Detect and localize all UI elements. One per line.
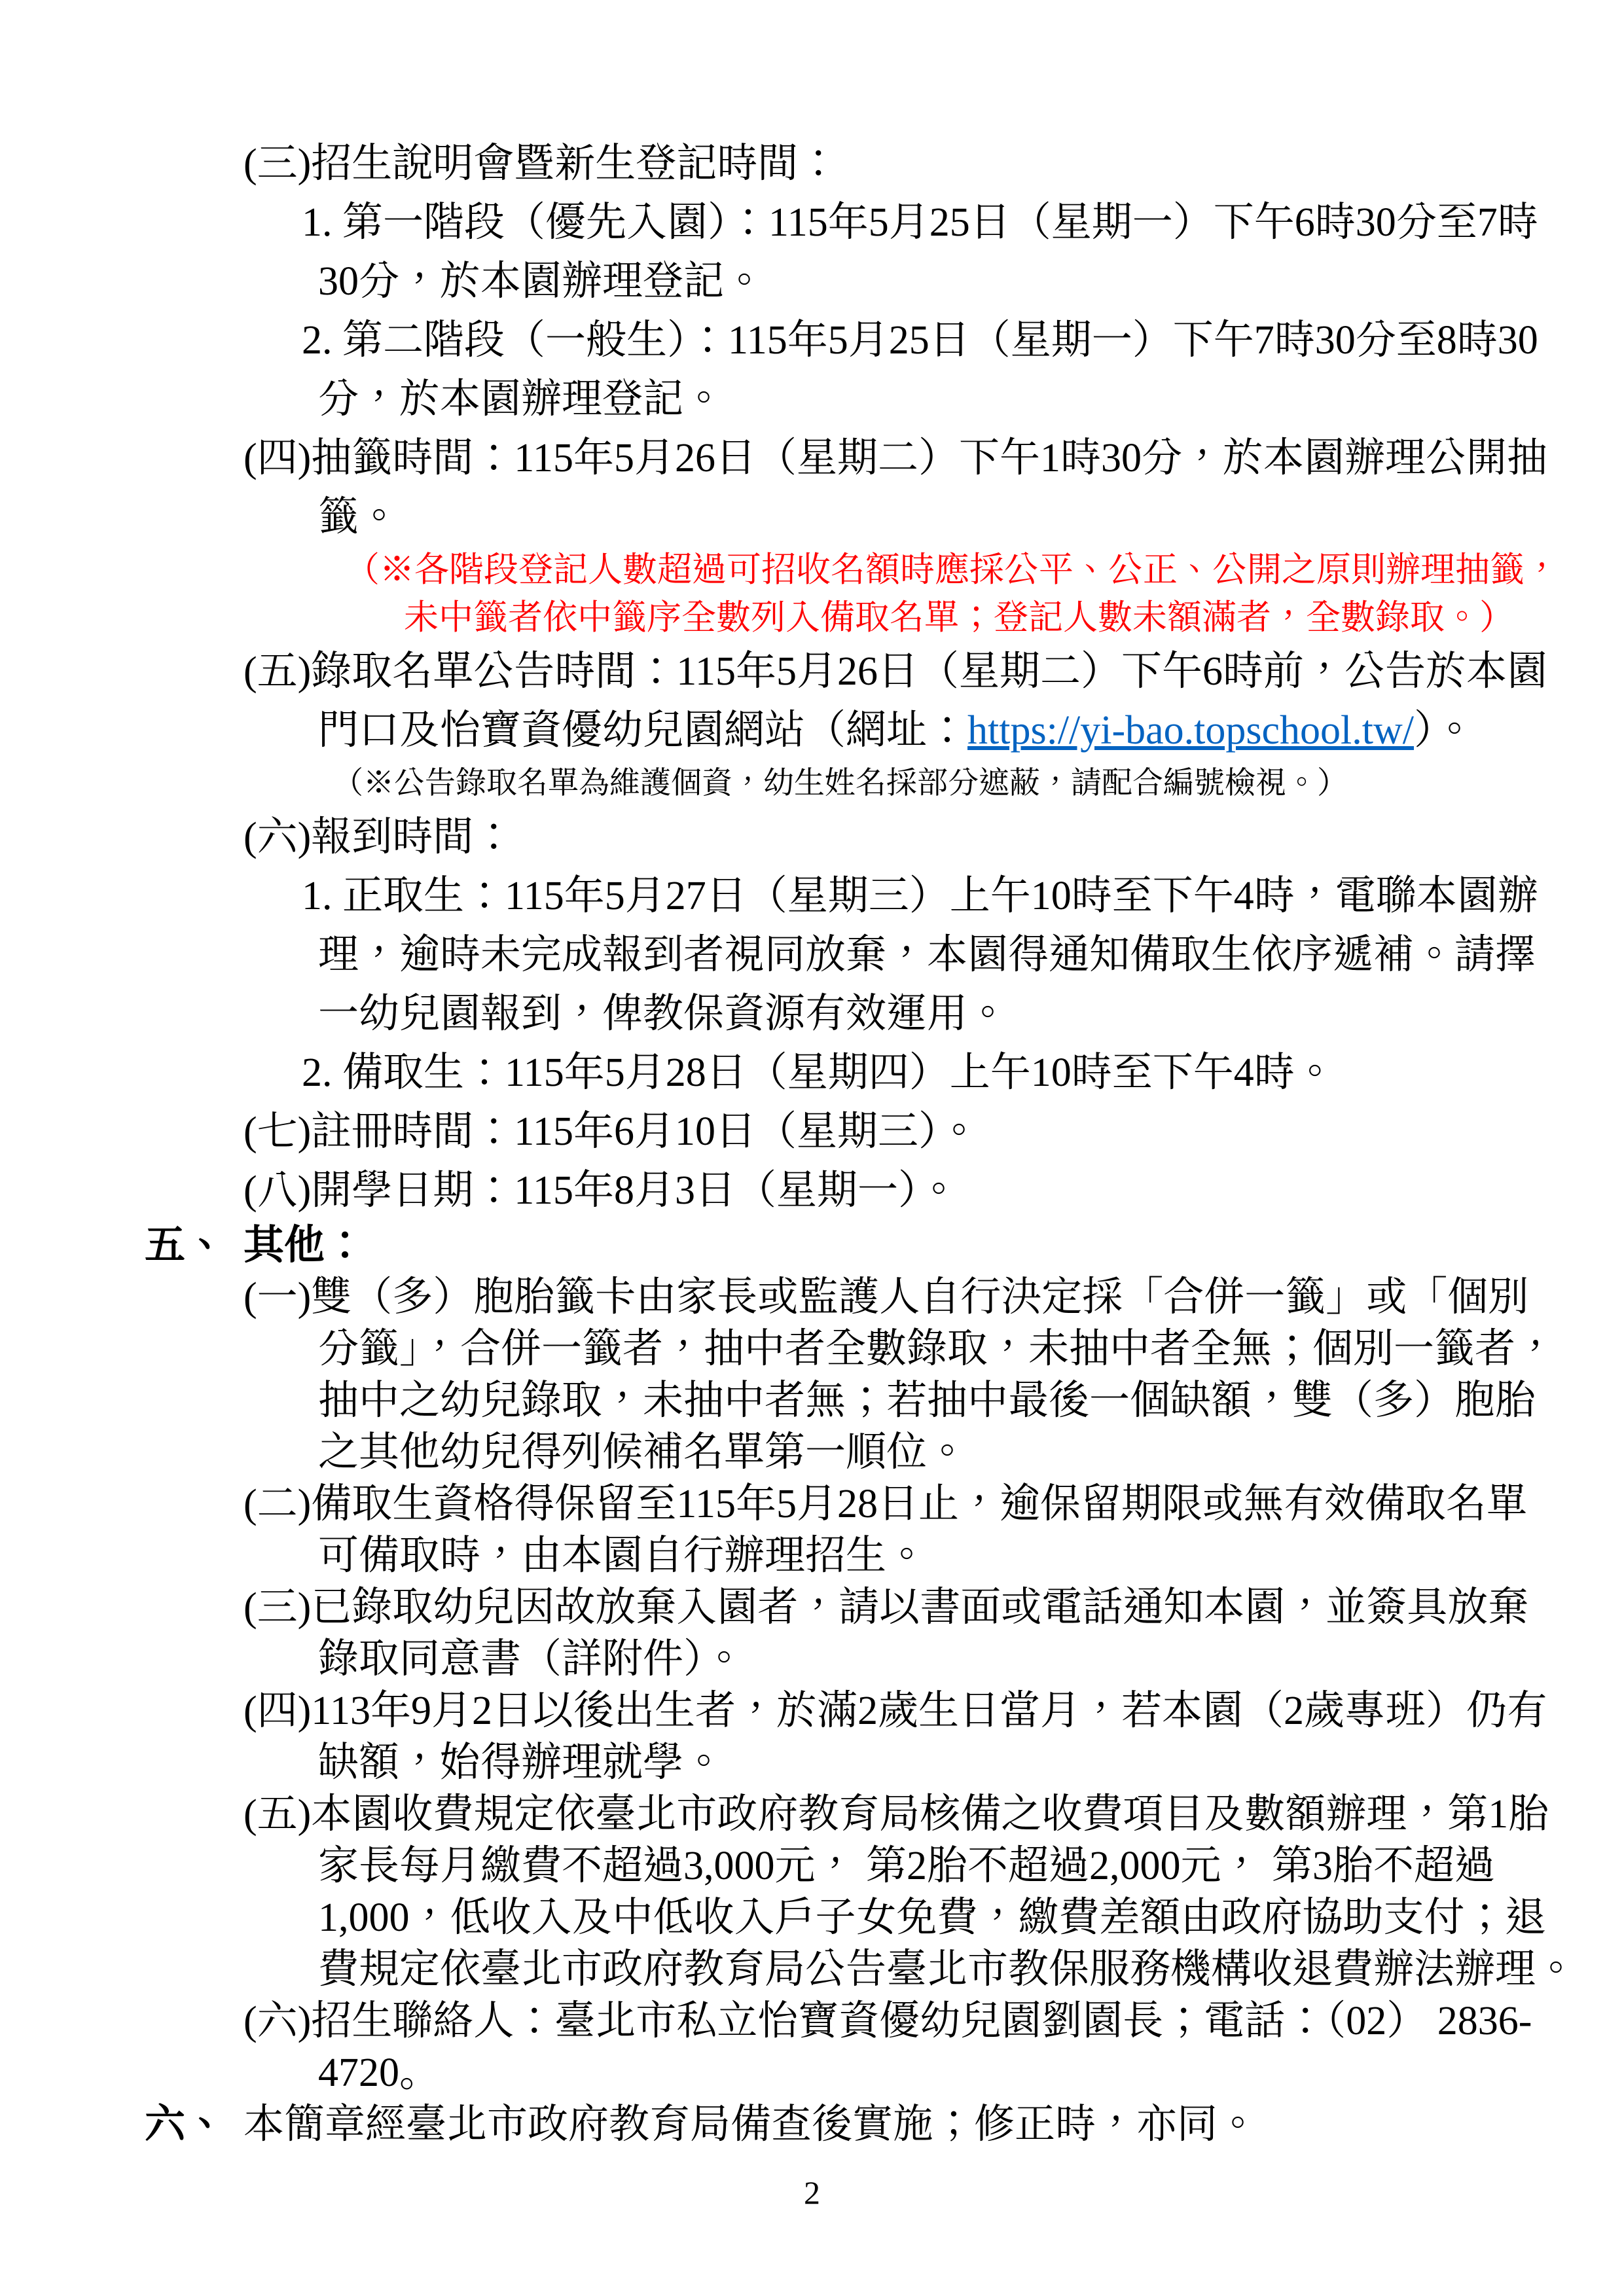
item-4-lottery-time: (四)抽籤時間：115年5月26日（星期二）下午1時30分，於本園辦理公開抽	[0, 429, 1624, 488]
text-run: 2. 第二階段（一般生）：115年5月25日（星期一）下午7時30分至8時30	[302, 318, 1538, 363]
text-run: 可備取時，由本園自行辦理招生。	[318, 1534, 927, 1578]
document-page: (三)招生說明會暨新生登記時間：1. 第一階段（優先入園）：115年5月25日（…	[0, 0, 1624, 2296]
text-run: 費規定依臺北市政府教育局公告臺北市教保服務機構收退費辦法辦理。	[318, 1947, 1576, 1992]
text-run: 1. 第一階段（優先入園）：115年5月25日（星期一）下午6時30分至7時	[302, 200, 1538, 245]
text-run: 30分，於本園辦理登記。	[318, 259, 765, 304]
text-run: (三)招生說明會暨新生登記時間：	[244, 141, 839, 186]
text-run: 一幼兒園報到，俾教保資源有效運用。	[318, 992, 1008, 1036]
other-item-1: 抽中之幼兒錄取，未抽中者無；若抽中最後一個缺額，雙（多）胞胎	[0, 1375, 1624, 1427]
school-website-link[interactable]: https://yi-bao.topschool.tw/	[967, 708, 1414, 753]
text-run: 2. 備取生：115年5月28日（星期四）上午10時至下午4時。	[302, 1050, 1335, 1095]
section-5-heading: 五、其他：	[0, 1220, 1624, 1272]
text-run: (一)雙（多）胞胎籤卡由家長或監護人自行決定採「合併一籤」或「個別	[244, 1275, 1528, 1319]
stage-2-line: 2. 第二階段（一般生）：115年5月25日（星期一）下午7時30分至8時30	[0, 311, 1624, 370]
other-item-5: (五)本園收費規定依臺北市政府教育局核備之收費項目及數額辦理，第1胎	[0, 1789, 1624, 1840]
text-run: 門口及怡寶資優幼兒園網站（網址：	[318, 708, 967, 753]
section-number-label: 五、	[145, 1220, 244, 1272]
text-run: (六)報到時間：	[244, 815, 514, 859]
text-run: 4720。	[318, 2051, 440, 2095]
item-3-heading: (三)招生說明會暨新生登記時間：	[0, 134, 1624, 193]
text-run: (四)抽籤時間：115年5月26日（星期二）下午1時30分，於本園辦理公開抽	[244, 436, 1547, 480]
text-run: 理，逾時未完成報到者視同放棄，本園得通知備取生依序遞補。請擇	[318, 933, 1536, 977]
text-run: （※公告錄取名單為維護個資，幼生姓名採部分遮蔽，請配合編號檢視。）	[333, 766, 1348, 800]
text-run: (二)備取生資格得保留至115年5月28日止，逾保留期限或無有效備取名單	[244, 1482, 1527, 1526]
text-run: 其他：	[244, 1223, 365, 1268]
other-item-1: 之其他幼兒得列候補名單第一順位。	[0, 1427, 1624, 1479]
other-item-6-contact: (六)招生聯絡人：臺北市私立怡寶資優幼兒園劉園長；電話：（02） 2836-	[0, 1996, 1624, 2047]
text-run: (七)註冊時間：115年6月10日（星期三）。	[244, 1109, 979, 1154]
other-item-5: 家長每月繳費不超過3,000元， 第2胎不超過2,000元， 第3胎不超過	[0, 1840, 1624, 1892]
stage-2-line: 分，於本園辦理登記。	[0, 370, 1624, 429]
page-number: 2	[0, 2173, 1624, 2212]
text-run: (三)已錄取幼兒因故放棄入園者，請以書面或電話通知本園，並簽具放棄	[244, 1585, 1528, 1630]
text-run: 缺額，始得辦理就學。	[318, 1740, 724, 1785]
text-run: (八)開學日期：115年8月3日（星期一）。	[244, 1168, 959, 1213]
item-7-registration: (七)註冊時間：115年6月10日（星期三）。	[0, 1102, 1624, 1161]
lottery-red-note: （※各階段登記人數超過可招收名額時應採公平、公正、公開之原則辦理抽籤，	[0, 547, 1624, 594]
other-item-3: 錄取同意書（詳附件）。	[0, 1634, 1624, 1685]
other-item-3: (三)已錄取幼兒因故放棄入園者，請以書面或電話通知本園，並簽具放棄	[0, 1582, 1624, 1634]
text-run: 分，於本園辦理登記。	[318, 377, 724, 422]
other-item-6-contact: 4720。	[0, 2047, 1624, 2099]
item-4-lottery-time: 籤。	[0, 488, 1624, 547]
checkin-admitted-line: 一幼兒園報到，俾教保資源有效運用。	[0, 984, 1624, 1043]
text-run: 本簡章經臺北市政府教育局備查後實施；修正時，亦同。	[244, 2102, 1258, 2147]
text-run: (四)113年9月2日以後出生者，於滿2歲生日當月，若本園（2歲專班）仍有	[244, 1689, 1547, 1733]
text-run: 籤。	[318, 495, 399, 539]
other-item-4: (四)113年9月2日以後出生者，於滿2歲生日當月，若本園（2歲專班）仍有	[0, 1685, 1624, 1737]
text-run: (六)招生聯絡人：臺北市私立怡寶資優幼兒園劉園長；電話：（02） 2836-	[244, 1999, 1532, 2043]
other-item-1: (一)雙（多）胞胎籤卡由家長或監護人自行決定採「合併一籤」或「個別	[0, 1272, 1624, 1323]
text-run: (五)本園收費規定依臺北市政府教育局核備之收費項目及數額辦理，第1胎	[244, 1792, 1549, 1837]
text-run: 未中籤者依中籤序全數列入備取名單；登記人數未額滿者，全數錄取。）	[404, 599, 1514, 637]
text-run: 錄取同意書（詳附件）。	[318, 1637, 744, 1681]
privacy-note: （※公告錄取名單為維護個資，幼生姓名採部分遮蔽，請配合編號檢視。）	[0, 760, 1624, 808]
other-item-1: 分籤」，合併一籤者，抽中者全數錄取，未抽中者全無；個別一籤者，	[0, 1323, 1624, 1375]
section-6-text: 六、本簡章經臺北市政府教育局備查後實施；修正時，亦同。	[0, 2099, 1624, 2151]
text-run: (五)錄取名單公告時間：115年5月26日（星期二）下午6時前，公告於本園	[244, 649, 1547, 694]
other-item-2: (二)備取生資格得保留至115年5月28日止，逾保留期限或無有效備取名單	[0, 1479, 1624, 1530]
document-body: (三)招生說明會暨新生登記時間：1. 第一階段（優先入園）：115年5月25日（…	[0, 134, 1624, 2151]
other-item-4: 缺額，始得辦理就學。	[0, 1737, 1624, 1789]
text-run: 家長每月繳費不超過3,000元， 第2胎不超過2,000元， 第3胎不超過	[318, 1844, 1495, 1888]
lottery-red-note: 未中籤者依中籤序全數列入備取名單；登記人數未額滿者，全數錄取。）	[0, 594, 1624, 642]
stage-1-line: 30分，於本園辦理登記。	[0, 252, 1624, 311]
checkin-admitted-line: 1. 正取生：115年5月27日（星期三）上午10時至下午4時，電聯本園辦	[0, 867, 1624, 925]
other-item-2: 可備取時，由本園自行辦理招生。	[0, 1530, 1624, 1582]
text-run: 分籤」，合併一籤者，抽中者全數錄取，未抽中者全無；個別一籤者，	[318, 1327, 1556, 1371]
other-item-5: 1,000，低收入及中低收入戶子女免費，繳費差額由政府協助支付；退	[0, 1892, 1624, 1944]
checkin-admitted-line: 理，逾時未完成報到者視同放棄，本園得通知備取生依序遞補。請擇	[0, 925, 1624, 984]
stage-1-line: 1. 第一階段（優先入園）：115年5月25日（星期一）下午6時30分至7時	[0, 193, 1624, 252]
text-run: 之其他幼兒得列候補名單第一順位。	[318, 1430, 967, 1475]
text-run: ）。	[1414, 708, 1475, 753]
text-run: 1,000，低收入及中低收入戶子女免費，繳費差額由政府協助支付；退	[318, 1895, 1546, 1940]
section-number-label: 六、	[145, 2099, 244, 2151]
text-run: 抽中之幼兒錄取，未抽中者無；若抽中最後一個缺額，雙（多）胞胎	[318, 1378, 1536, 1423]
checkin-waitlist-line: 2. 備取生：115年5月28日（星期四）上午10時至下午4時。	[0, 1043, 1624, 1102]
item-5-announcement: 門口及怡寶資優幼兒園網站（網址：https://yi-bao.topschool…	[0, 701, 1624, 760]
item-5-announcement: (五)錄取名單公告時間：115年5月26日（星期二）下午6時前，公告於本園	[0, 642, 1624, 701]
item-6-checkin-heading: (六)報到時間：	[0, 808, 1624, 867]
other-item-5: 費規定依臺北市政府教育局公告臺北市教保服務機構收退費辦法辦理。	[0, 1944, 1624, 1996]
item-8-school-start: (八)開學日期：115年8月3日（星期一）。	[0, 1161, 1624, 1220]
text-run: （※各階段登記人數超過可招收名額時應採公平、公正、公開之原則辦理抽籤，	[345, 551, 1559, 589]
text-run: 1. 正取生：115年5月27日（星期三）上午10時至下午4時，電聯本園辦	[302, 874, 1538, 918]
